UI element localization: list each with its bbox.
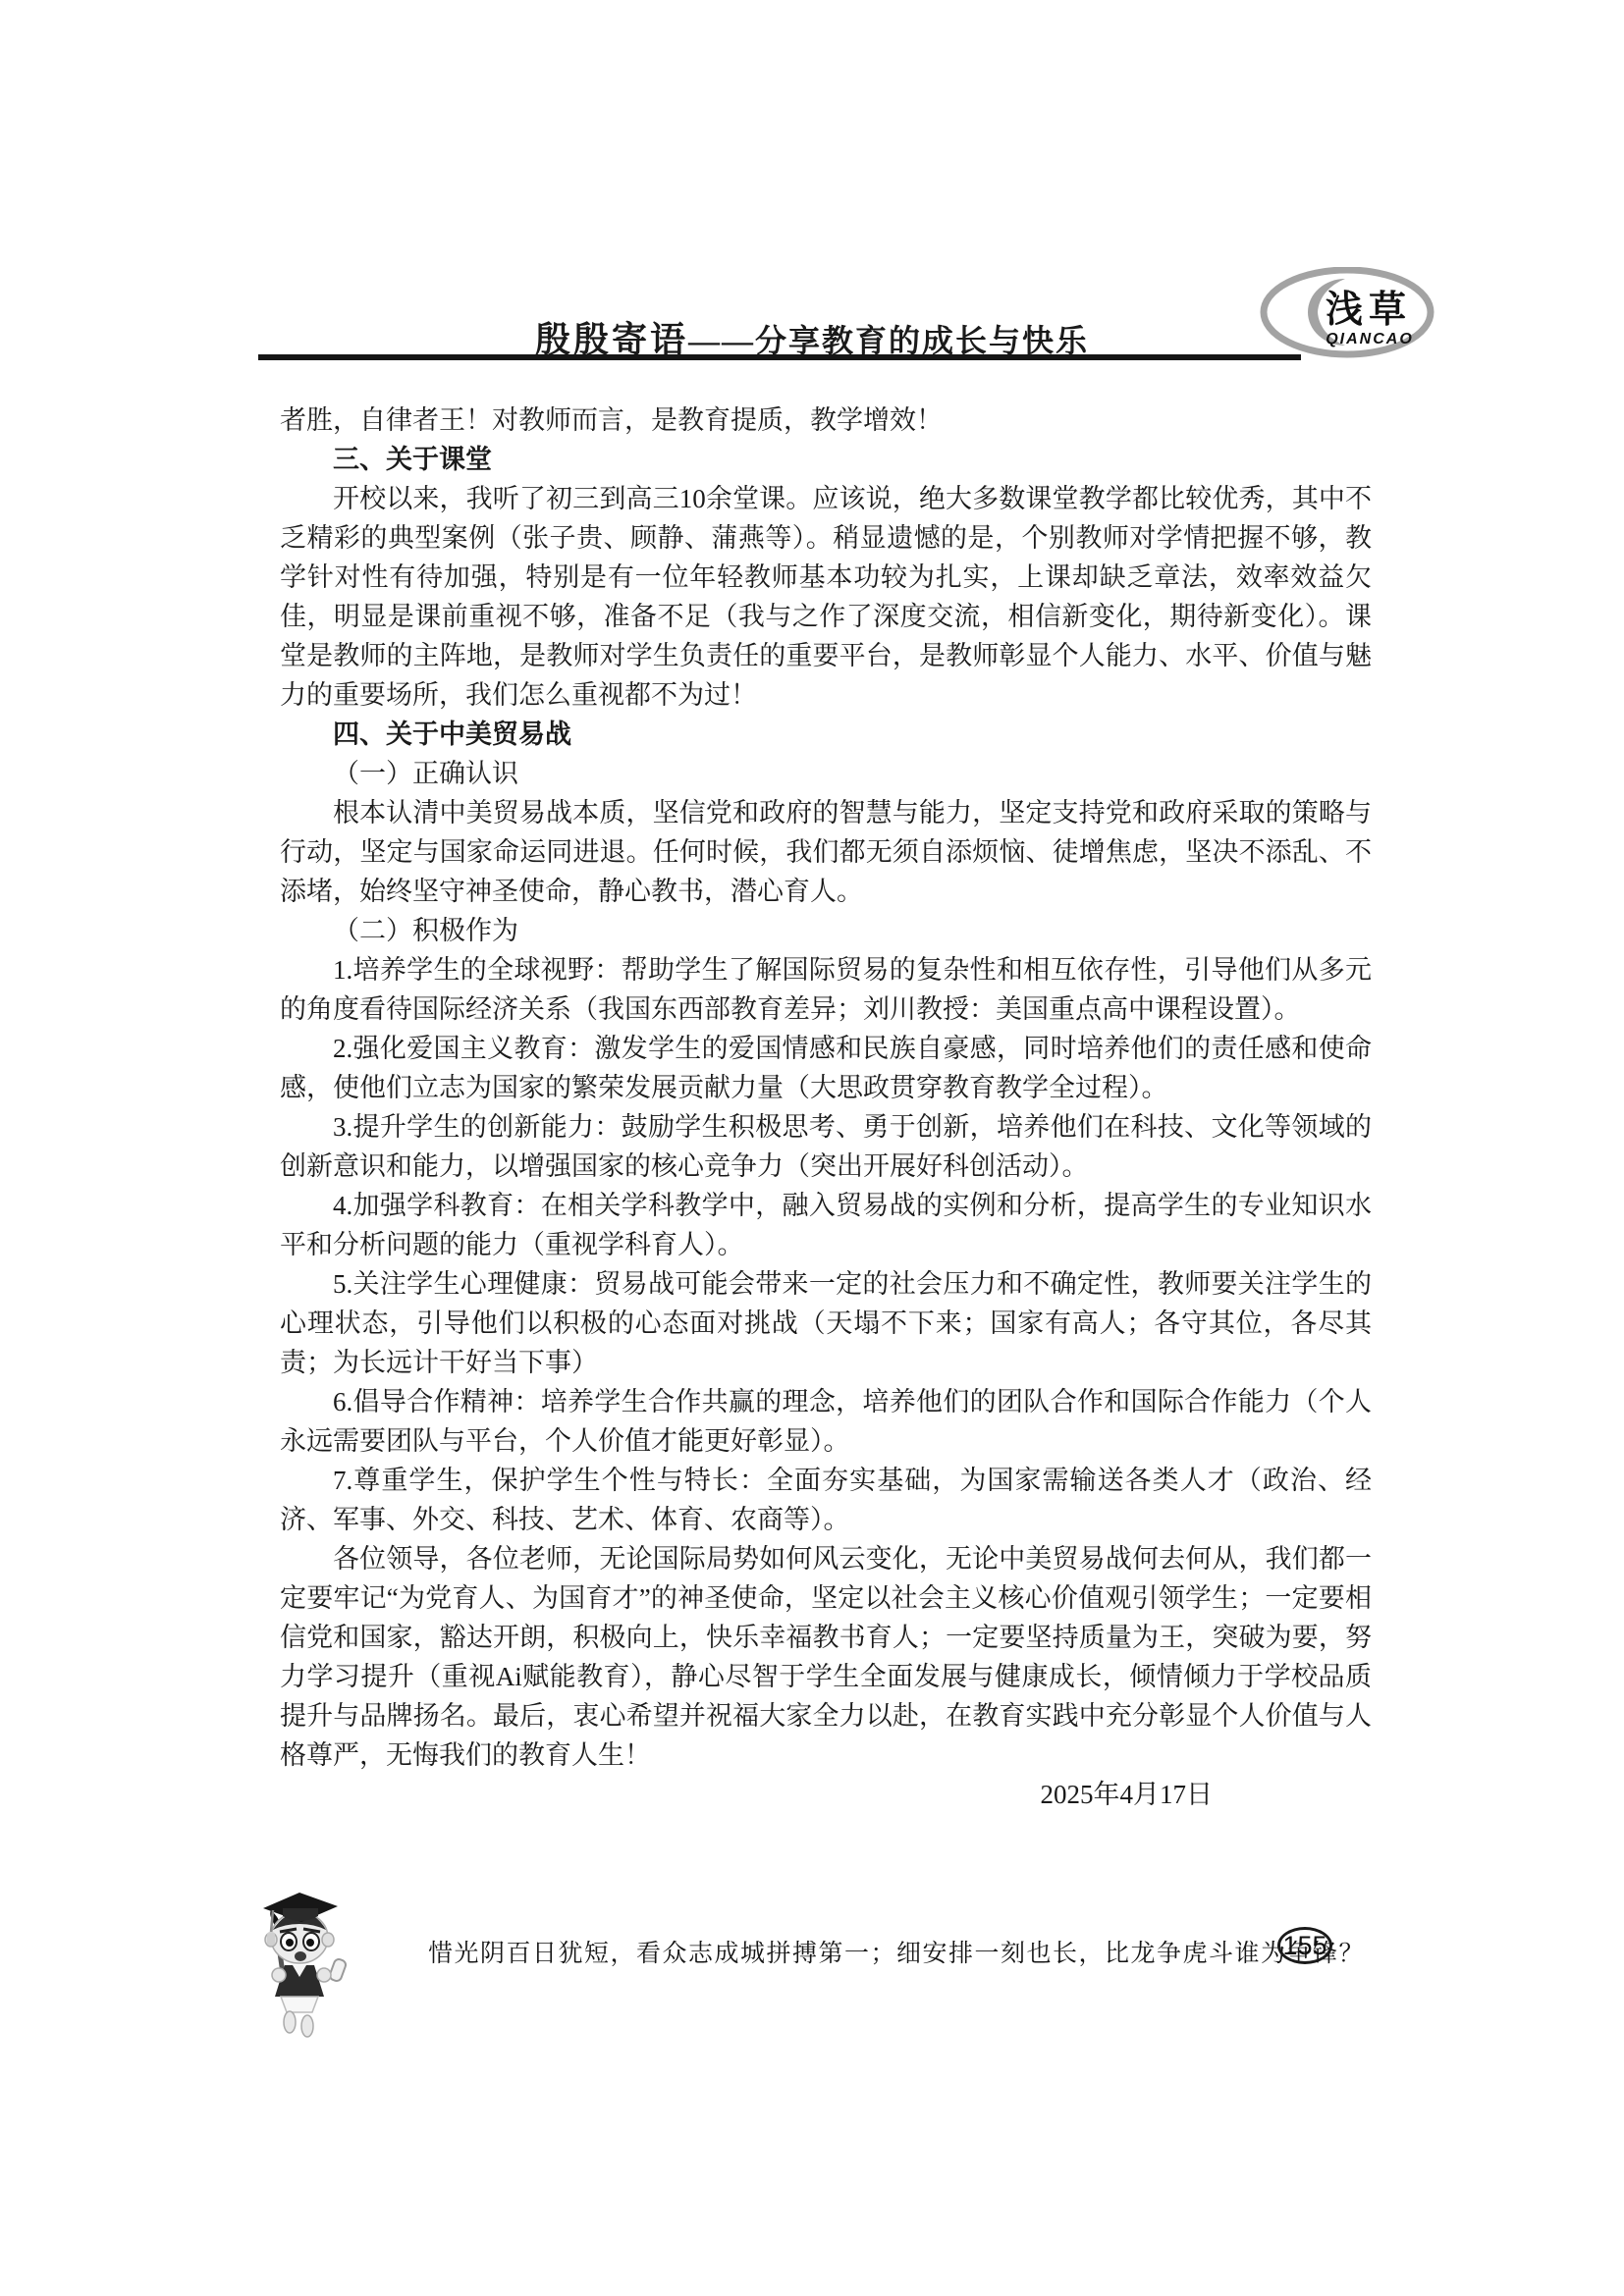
document-page: 殷殷寄语——分享教育的成长与快乐 浅草 QIANCAO 者胜，自律者王！对教师而… — [0, 0, 1624, 2296]
page-number: 155 — [1282, 1931, 1326, 1961]
list-item-2: 2.强化爱国主义教育：激发学生的爱国情感和民族自豪感，同时培养他们的责任感和使命… — [280, 1029, 1372, 1107]
header-title-subtitle: ——分享教育的成长与快乐 — [688, 323, 1089, 358]
list-item-6: 6.倡导合作精神：培养学生合作共赢的理念，培养他们的团队合作和国际合作能力（个人… — [280, 1382, 1372, 1461]
body-paragraph: 开校以来，我听了初三到高三10余堂课。应该说，绝大多数课堂教学都比较优秀，其中不… — [280, 479, 1372, 715]
page-number-badge: 155 — [1277, 1927, 1332, 1964]
list-item-1: 1.培养学生的全球视野：帮助学生了解国际贸易的复杂性和相互依存性，引导他们从多元… — [280, 950, 1372, 1029]
subsection-heading-1: （一）正确认识 — [280, 754, 1372, 793]
list-item-4: 4.加强学科教育：在相关学科教学中，融入贸易战的实例和分析，提高学生的专业知识水… — [280, 1186, 1372, 1264]
body-paragraph-continuation: 者胜，自律者王！对教师而言，是教育提质，教学增效！ — [280, 400, 1372, 440]
body-text: 者胜，自律者王！对教师而言，是教育提质，教学增效！ 三、关于课堂 开校以来，我听… — [280, 400, 1372, 1814]
graduate-baby-mascot-icon — [245, 1883, 350, 2040]
footer-slogan: 惜光阴百日犹短，看众志成城拼搏第一；细安排一刻也长，比龙争虎斗谁为争锋？ — [428, 1934, 1365, 1969]
closing-paragraph: 各位领导，各位老师，无论国际局势如何风云变化，无论中美贸易战何去何从，我们都一定… — [280, 1539, 1372, 1775]
subsection-heading-2: （二）积极作为 — [280, 911, 1372, 950]
list-item-5: 5.关注学生心理健康：贸易战可能会带来一定的社会压力和不确定性，教师要关注学生的… — [280, 1264, 1372, 1382]
list-item-3: 3.提升学生的创新能力：鼓励学生积极思考、勇于创新，培养他们在科技、文化等领域的… — [280, 1107, 1372, 1186]
section-heading-4: 四、关于中美贸易战 — [280, 715, 1372, 754]
qiancao-logo-icon: 浅草 QIANCAO — [1259, 267, 1435, 361]
date-line: 2025年4月17日 — [280, 1775, 1372, 1814]
header-rule — [258, 354, 1301, 360]
header-title-main: 殷殷寄语 — [535, 319, 688, 359]
list-item-7: 7.尊重学生，保护学生个性与特长：全面夯实基础，为国家需输送各类人才（政治、经济… — [280, 1461, 1372, 1539]
logo-latin: QIANCAO — [1326, 331, 1414, 347]
body-paragraph: 根本认清中美贸易战本质，坚信党和政府的智慧与能力，坚定支持党和政府采取的策略与行… — [280, 793, 1372, 911]
logo-hanzi: 浅草 — [1326, 290, 1412, 331]
section-heading-3: 三、关于课堂 — [280, 440, 1372, 479]
